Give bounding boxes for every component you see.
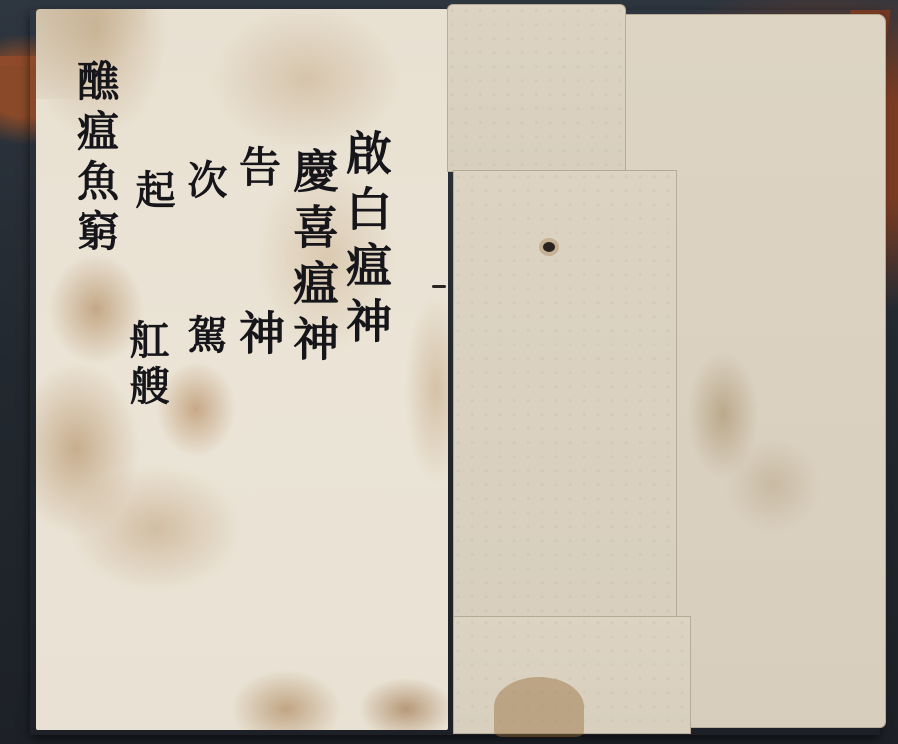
middle-fold-panel bbox=[453, 170, 677, 618]
text-column-3-bottom: 神 bbox=[236, 309, 282, 361]
ink-mark bbox=[432, 285, 446, 288]
right-page bbox=[447, 4, 884, 732]
text-column-5-bottom: 舡艘 bbox=[126, 319, 166, 411]
text-column-4-top: 次 bbox=[184, 159, 224, 205]
text-column-4-bottom: 駕 bbox=[184, 314, 224, 360]
left-page: 醮瘟魚窮 啟白瘟神 慶喜瘟神 告 神 次 駕 起 舡艘 bbox=[36, 9, 448, 730]
text-column-2: 慶喜瘟神 bbox=[290, 147, 336, 371]
text-column-1: 啟白瘟神 bbox=[343, 129, 389, 353]
text-column-5-top: 起 bbox=[132, 169, 172, 215]
text-column-3-top: 告 bbox=[236, 145, 278, 193]
top-fold-flap bbox=[447, 4, 626, 172]
title-column: 醮瘟魚窮 bbox=[74, 59, 116, 259]
water-stain bbox=[494, 677, 584, 737]
bottom-fold-flap bbox=[453, 616, 691, 734]
burn-hole bbox=[543, 242, 555, 252]
